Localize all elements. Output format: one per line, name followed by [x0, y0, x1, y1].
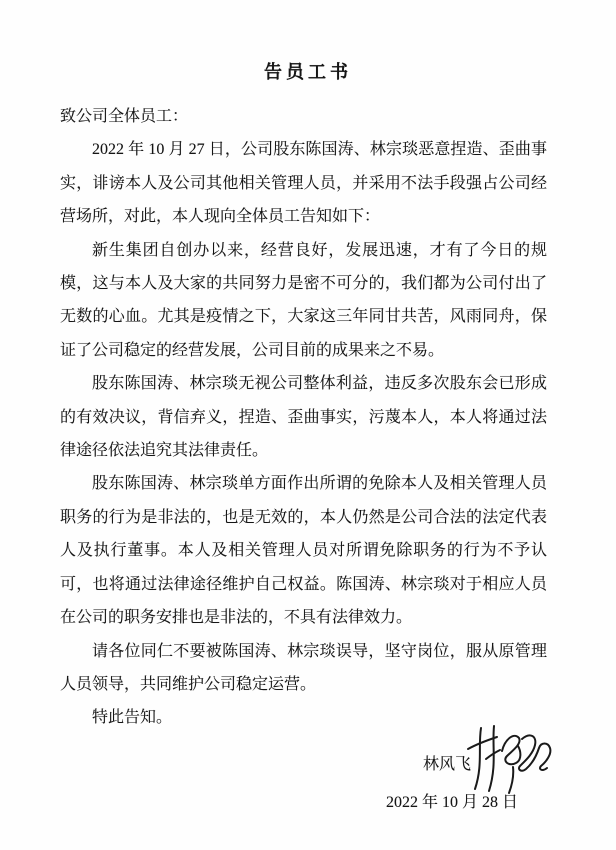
paragraph: 新生集团自创办以来，经营良好，发展迅速，才有了今日的规模，这与本人及大家的共同努…	[60, 234, 547, 368]
letter-body: 致公司全体员工： 2022 年 10 月 27 日，公司股东陈国涛、林宗琰恶意捏…	[60, 100, 547, 835]
paragraph: 股东陈国涛、林宗琰单方面作出所谓的免除本人及相关管理人员职务的行为是非法的，也是…	[60, 467, 547, 634]
paragraph: 请各位同仁不要被陈国涛、林宗琰误导，坚守岗位，服从原管理人员领导，共同维护公司稳…	[60, 635, 547, 702]
signature-block: 林风飞 20	[60, 735, 547, 835]
scanned-letter-page: 告员工书 致公司全体员工： 2022 年 10 月 27 日，公司股东陈国涛、林…	[0, 0, 616, 850]
paragraph: 股东陈国涛、林宗琰无视公司整体利益，违反多次股东会已形成的有效决议，背信弃义，捏…	[60, 367, 547, 467]
salutation: 致公司全体员工：	[60, 100, 547, 133]
date-line: 2022 年 10 月 28 日	[386, 786, 518, 819]
paragraph: 2022 年 10 月 27 日，公司股东陈国涛、林宗琰恶意捏造、歪曲事实，诽谤…	[60, 133, 547, 233]
document-title: 告员工书	[0, 0, 616, 84]
